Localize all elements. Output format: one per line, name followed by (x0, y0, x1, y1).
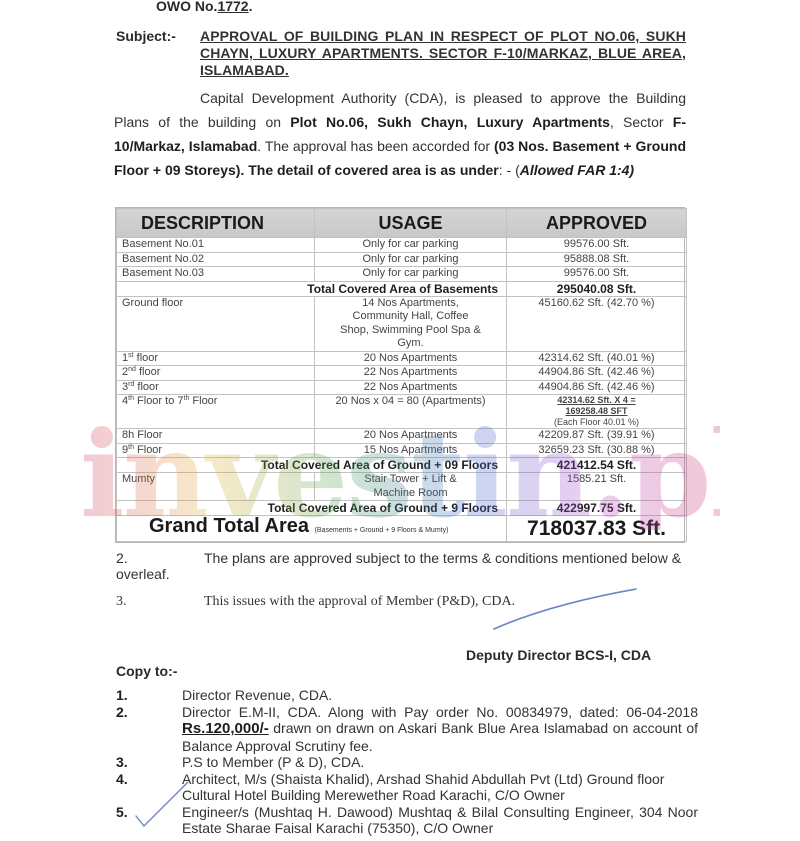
table-row: Basement No.02 Only for car parking 9588… (117, 252, 687, 267)
table-row: Ground floor 14 Nos Apartments, Communit… (117, 296, 687, 351)
copy-to-list: 1. Director Revenue, CDA. 2. Director E.… (116, 687, 698, 837)
floor-word: Floor (134, 444, 162, 456)
grand-total-row: Grand Total Area (Basements + Ground + 9… (117, 516, 687, 542)
row-approved: 42209.87 Sft. (39.91 %) (507, 429, 687, 444)
item-number: 3. (116, 754, 182, 771)
total-ground-9-row: Total Covered Area of Ground + 9 Floors … (117, 501, 687, 516)
intro-text: : - ( (499, 162, 520, 178)
total-value: 421412.54 Sft. (507, 458, 687, 473)
column-header-usage: USAGE (315, 209, 507, 238)
row-approved: 45160.62 Sft. (42.70 %) (507, 296, 687, 351)
list-item: 4. Architect, M/s (Shaista Khalid), Arsh… (116, 771, 698, 804)
row-approved: 95888.08 Sft. (507, 252, 687, 267)
paragraph-3: 3.This issues with the approval of Membe… (116, 594, 515, 610)
multiplied-area: 42314.62 Sft. X 4 = (512, 395, 681, 406)
row-usage: Only for car parking (315, 267, 507, 282)
each-floor-note: (Each Floor 40.01 %) (512, 417, 681, 428)
signatory: Deputy Director BCS-I, CDA (466, 647, 651, 663)
table-row: 9th Floor 15 Nos Apartments 32659.23 Sft… (117, 443, 687, 458)
owo-suffix: . (249, 0, 253, 14)
row-description: Basement No.03 (117, 267, 315, 282)
allowed-far: Allowed FAR 1:4) (520, 162, 634, 178)
row-usage: 20 Nos Apartments (315, 429, 507, 444)
row-description: 4th Floor to 7th Floor (117, 395, 315, 429)
multiplied-area-total: 169258.48 SFT (512, 406, 681, 417)
table-row: 8h Floor 20 Nos Apartments 42209.87 Sft.… (117, 429, 687, 444)
row-usage: 20 Nos x 04 = 80 (Apartments) (315, 395, 507, 429)
row-approved: 44904.86 Sft. (42.46 %) (507, 380, 687, 395)
covered-area-table: DESCRIPTION USAGE APPROVED Basement No.0… (115, 207, 685, 543)
row-description: 3rd floor (117, 380, 315, 395)
table-row: 1st floor 20 Nos Apartments 42314.62 Sft… (117, 351, 687, 366)
list-item: 1. Director Revenue, CDA. (116, 687, 698, 704)
row-description: Basement No.02 (117, 252, 315, 267)
row-approved: 99576.00 Sft. (507, 267, 687, 282)
row-approved: 42314.62 Sft. (40.01 %) (507, 351, 687, 366)
fee-amount: Rs.120,000/- (182, 720, 269, 737)
item-text: Engineer/s (Mushtaq H. Dawood) Mushtaq &… (182, 804, 698, 837)
item-text: Director Revenue, CDA. (182, 687, 698, 704)
floor-word: floor (134, 381, 158, 393)
list-item: 3. P.S to Member (P & D), CDA. (116, 754, 698, 771)
list-item: 2. Director E.M-II, CDA. Along with Pay … (116, 704, 698, 755)
total-label: Total Covered Area of Ground + 09 Floors (117, 458, 507, 473)
item-number: 2. (116, 704, 182, 755)
copy-to-label: Copy to:- (116, 663, 177, 679)
list-item: 5. Engineer/s (Mushtaq H. Dawood) Mushta… (116, 804, 698, 837)
item-number: 1. (116, 687, 182, 704)
paragraph-text: This issues with the approval of Member … (204, 594, 515, 609)
subject-label: Subject:- (116, 28, 176, 44)
item-text: P.S to Member (P & D), CDA. (182, 754, 698, 771)
column-header-approved: APPROVED (507, 209, 687, 238)
intro-text: . The approval has been accorded for (257, 138, 494, 154)
grand-total-title: Grand Total Area (149, 515, 309, 537)
plot-name: Plot No.06, Sukh Chayn, Luxury Apartment… (290, 114, 610, 130)
table-row: 3rd floor 22 Nos Apartments 44904.86 Sft… (117, 380, 687, 395)
row-description: 9th Floor (117, 443, 315, 458)
table-row: 4th Floor to 7th Floor 20 Nos x 04 = 80 … (117, 395, 687, 429)
item-text-part: Director E.M-II, CDA. Along with Pay ord… (182, 704, 698, 720)
row-approved: 32659.23 Sft. (30.88 %) (507, 443, 687, 458)
row-approved: 99576.00 Sft. (507, 238, 687, 253)
table-row: Basement No.03 Only for car parking 9957… (117, 267, 687, 282)
paragraph-number: 3. (116, 594, 204, 610)
floor-word: Floor (189, 395, 217, 407)
ordinal-suffix: nd (128, 366, 136, 373)
row-description: Basement No.01 (117, 238, 315, 253)
row-description: Mumty (117, 473, 315, 501)
total-value: 295040.08 Sft. (507, 281, 687, 296)
row-description: 8h Floor (117, 429, 315, 444)
checkmark-icon (132, 780, 192, 830)
row-approved: 42314.62 Sft. X 4 = 169258.48 SFT (Each … (507, 395, 687, 429)
row-usage: Only for car parking (315, 238, 507, 253)
row-description: 1st floor (117, 351, 315, 366)
row-usage: Stair Tower + Lift & Machine Room (315, 473, 507, 501)
row-description: Ground floor (117, 296, 315, 351)
total-basements-row: Total Covered Area of Basements 295040.0… (117, 281, 687, 296)
total-label: Total Covered Area of Ground + 9 Floors (117, 501, 507, 516)
floor-word: floor (134, 352, 158, 364)
grand-total-label: Grand Total Area (Basements + Ground + 9… (117, 516, 507, 542)
floor-word: floor (136, 366, 160, 378)
signature-stroke-icon (490, 585, 640, 635)
floor-word: Floor to 7 (134, 395, 184, 407)
row-description: 2nd floor (117, 366, 315, 381)
item-text: Director E.M-II, CDA. Along with Pay ord… (182, 704, 698, 755)
table-row: Basement No.01 Only for car parking 9957… (117, 238, 687, 253)
intro-paragraph: Capital Development Authority (CDA), is … (114, 86, 686, 182)
intro-text: , Sector (610, 114, 673, 130)
paragraph-number: 2. (116, 550, 204, 566)
table-row: Mumty Stair Tower + Lift & Machine Room … (117, 473, 687, 501)
row-usage: 14 Nos Apartments, Community Hall, Coffe… (315, 296, 507, 351)
row-usage: 22 Nos Apartments (315, 380, 507, 395)
row-usage: 22 Nos Apartments (315, 366, 507, 381)
column-header-description: DESCRIPTION (117, 209, 315, 238)
paragraph-2: 2.The plans are approved subject to the … (116, 550, 694, 582)
owo-prefix: OWO No. (156, 0, 217, 14)
row-usage: Only for car parking (315, 252, 507, 267)
grand-total-note: (Basements + Ground + 9 Floors & Mumty) (315, 527, 449, 534)
owo-number-value: 1772 (217, 0, 248, 14)
total-ground-09-row: Total Covered Area of Ground + 09 Floors… (117, 458, 687, 473)
table-header-row: DESCRIPTION USAGE APPROVED (117, 209, 687, 238)
row-approved: 1585.21 Sft. (507, 473, 687, 501)
grand-total-value: 718037.83 Sft. (507, 516, 687, 542)
row-approved: 44904.86 Sft. (42.46 %) (507, 366, 687, 381)
total-label: Total Covered Area of Basements (117, 281, 507, 296)
row-usage: 20 Nos Apartments (315, 351, 507, 366)
owo-number: OWO No.1772. (156, 0, 252, 14)
table-row: 2nd floor 22 Nos Apartments 44904.86 Sft… (117, 366, 687, 381)
item-text: Architect, M/s (Shaista Khalid), Arshad … (182, 771, 698, 804)
row-usage: 15 Nos Apartments (315, 443, 507, 458)
total-value: 422997.75 Sft. (507, 501, 687, 516)
subject-text: APPROVAL OF BUILDING PLAN IN RESPECT OF … (200, 28, 686, 79)
